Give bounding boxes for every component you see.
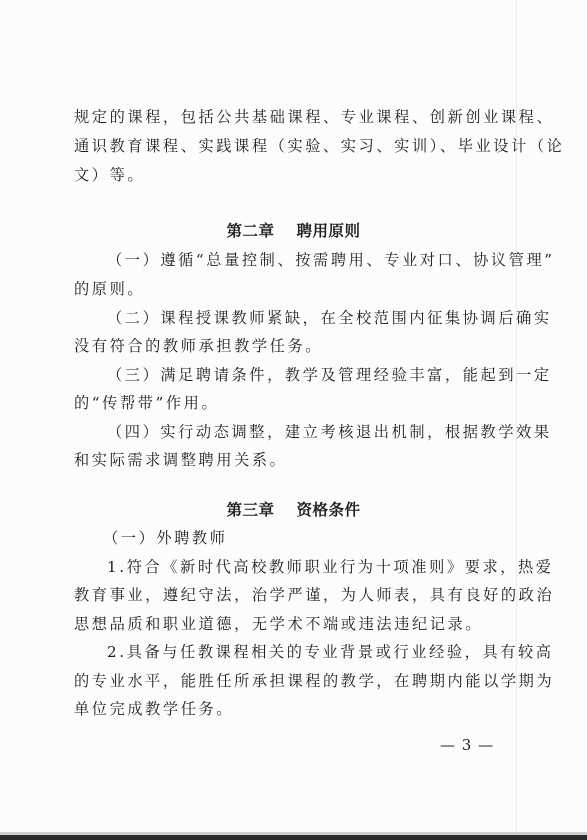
requirement-2-line-3: 单位完成教学任务。 xyxy=(74,699,519,719)
scan-smudge: · · xyxy=(226,36,234,45)
subsection-external-teachers: （一）外聘教师 xyxy=(103,528,548,548)
chapter-2-number: 第二章 xyxy=(226,222,274,240)
chapter-3-heading: 第三章资格条件 xyxy=(0,500,587,520)
requirement-1-line-1: 1.符合《新时代高校教师职业行为十项准则》要求，热爱 xyxy=(107,557,552,577)
chapter-3-number: 第三章 xyxy=(226,501,274,519)
principle-2-line-1: （二）课程授课教师紧缺，在全校范围内征集协调后确实 xyxy=(107,308,552,328)
principle-4-line-1: （四）实行动态调整，建立考核退出机制，根据教学效果 xyxy=(107,422,552,442)
intro-line-3: 文）等。 xyxy=(74,165,519,185)
requirement-2-line-1: 2.具备与任教课程相关的专业背景或行业经验，具有较高 xyxy=(107,642,552,662)
requirement-1-line-3: 思想品质和职业道德，无学术不端或违法违纪记录。 xyxy=(74,614,519,634)
chapter-2-title: 聘用原则 xyxy=(297,222,361,240)
page-bottom-border xyxy=(0,835,587,840)
requirement-2-line-2: 的专业水平，能胜任所承担课程的教学，在聘期内能以学期为 xyxy=(74,671,519,691)
principle-1-line-1: （一）遵循“总量控制、按需聘用、专业对口、协议管理” xyxy=(107,250,552,270)
chapter-3-title: 资格条件 xyxy=(297,501,361,519)
intro-line-1: 规定的课程，包括公共基础课程、专业课程、创新创业课程、 xyxy=(74,107,519,127)
principle-4-line-2: 和实际需求调整聘用关系。 xyxy=(74,450,519,470)
requirement-1-line-2: 教育事业，遵纪守法，治学严谨，为人师表，具有良好的政治 xyxy=(74,585,519,605)
page-number: — 3 — xyxy=(440,735,494,755)
principle-2-line-2: 没有符合的教师承担教学任务。 xyxy=(74,336,519,356)
principle-3-line-1: （三）满足聘请条件，教学及管理经验丰富，能起到一定 xyxy=(107,365,552,385)
document-page: · · 规定的课程，包括公共基础课程、专业课程、创新创业课程、 通识教育课程、实… xyxy=(0,0,587,835)
chapter-2-heading: 第二章聘用原则 xyxy=(0,221,587,241)
intro-line-2: 通识教育课程、实践课程（实验、实习、实训）、毕业设计（论 xyxy=(74,136,519,156)
principle-1-line-2: 的原则。 xyxy=(74,279,519,299)
principle-3-line-2: 的“传帮带”作用。 xyxy=(74,393,519,413)
